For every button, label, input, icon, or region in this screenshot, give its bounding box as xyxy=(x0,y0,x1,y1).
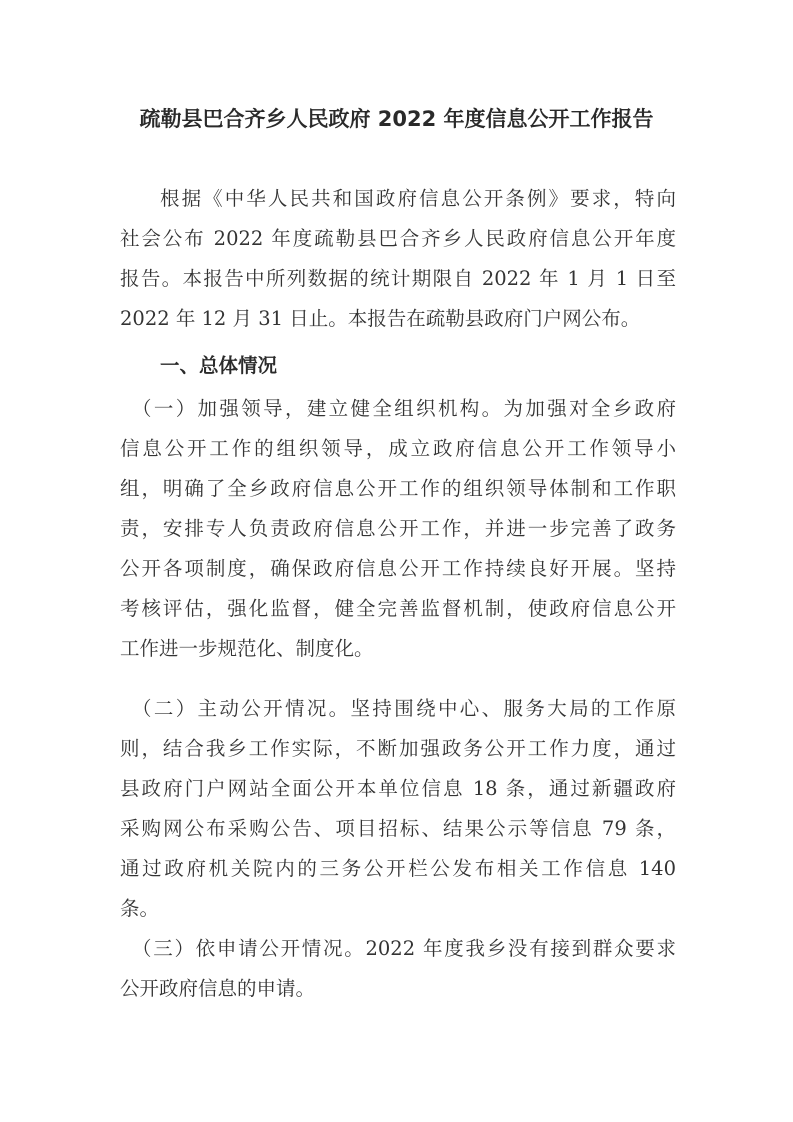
text-line: 工作进一步规范化、制度化。 xyxy=(120,634,676,664)
text-line: 公开各项制度，确保政府信息公开工作持续良好开展。坚持 xyxy=(120,554,676,584)
text-line: 报告。本报告中所列数据的统计期限自 2022 年 1 月 1 日至 xyxy=(120,264,676,294)
text-line: 组，明确了全乡政府信息公开工作的组织领导体制和工作职 xyxy=(120,474,676,504)
text-line: 县政府门户网站全面公开本单位信息 18 条，通过新疆政府 xyxy=(120,774,676,804)
text-line: （二）主动公开情况。坚持围绕中心、服务大局的工作原 xyxy=(132,694,676,724)
text-line: 2022 年 12 月 31 日止。本报告在疏勒县政府门户网公布。 xyxy=(120,304,676,334)
text-line: 采购网公布采购公告、项目招标、结果公示等信息 79 条， xyxy=(120,814,676,844)
text-line: 通过政府机关院内的三务公开栏公发布相关工作信息 140 xyxy=(120,854,676,884)
text-line: 公开政府信息的申请。 xyxy=(120,974,676,1004)
text-line: 信息公开工作的组织领导，成立政府信息公开工作领导小 xyxy=(120,434,676,464)
text-line: （三）依申请公开情况。2022 年度我乡没有接到群众要求 xyxy=(132,934,676,964)
text-line: 责，安排专人负责政府信息公开工作，并进一步完善了政务 xyxy=(120,514,676,544)
text-line: 则，结合我乡工作实际，不断加强政务公开工作力度，通过 xyxy=(120,734,676,764)
text-line: 条。 xyxy=(120,894,676,924)
text-line: 根据《中华人民共和国政府信息公开条例》要求，特向 xyxy=(160,184,676,214)
text-line: 考核评估，强化监督，健全完善监督机制，使政府信息公开 xyxy=(120,594,676,624)
text-line: （一）加强领导，建立健全组织机构。为加强对全乡政府 xyxy=(132,394,676,424)
document-title: 疏勒县巴合齐乡人民政府 2022 年度信息公开工作报告 xyxy=(0,104,793,134)
text-line: 社会公布 2022 年度疏勒县巴合齐乡人民政府信息公开年度 xyxy=(120,224,676,254)
section-heading: 一、总体情况 xyxy=(160,351,277,381)
document-page: 疏勒县巴合齐乡人民政府 2022 年度信息公开工作报告 根据《中华人民共和国政府… xyxy=(0,0,793,1122)
